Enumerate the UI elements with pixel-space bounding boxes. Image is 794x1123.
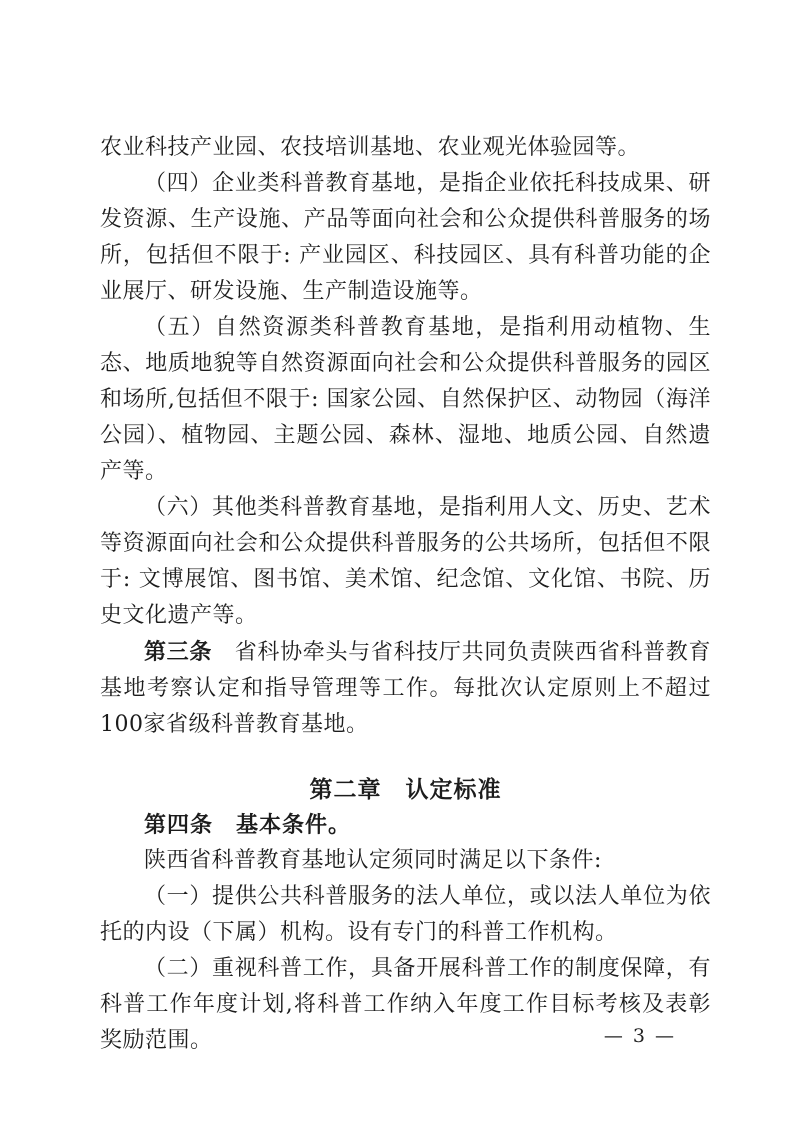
body-paragraph-item-5: （五）自然资源类科普教育基地，是指利用动植物、生态、地质地貌等自然资源面向社会和… (100, 310, 711, 490)
article-3-label: 第三条 (144, 639, 212, 664)
body-paragraph-item-6: （六）其他类科普教育基地，是指利用人文、历史、艺术等资源面向社会和公众提供科普服… (100, 490, 711, 634)
document-page: 农业科技产业园、农技培训基地、农业观光体验园等。 （四）企业类科普教育基地，是指… (100, 130, 711, 1059)
body-paragraph-continuation: 农业科技产业园、农技培训基地、农业观光体验园等。 (100, 130, 711, 166)
body-paragraph-condition-1: （一）提供公共科普服务的法人单位，或以法人单位为依托的内设（下属）机构。设有专门… (100, 879, 711, 951)
article-4-heading: 第四条 基本条件。 (100, 807, 711, 843)
body-paragraph-item-4: （四）企业类科普教育基地，是指企业依托科技成果、研发资源、生产设施、产品等面向社… (100, 166, 711, 310)
body-paragraph-conditions-intro: 陕西省科普教育基地认定须同时满足以下条件: (100, 843, 711, 879)
page-number: — 3 — (604, 1024, 676, 1048)
chapter-2-heading: 第二章 认定标准 (100, 771, 711, 807)
body-paragraph-article-3: 第三条 省科协牵头与省科技厅共同负责陕西省科普教育基地考察认定和指导管理等工作。… (100, 634, 711, 743)
document-canvas: { "content": { "p1": "农业科技产业园、农技培训基地、农业观… (0, 0, 794, 1123)
